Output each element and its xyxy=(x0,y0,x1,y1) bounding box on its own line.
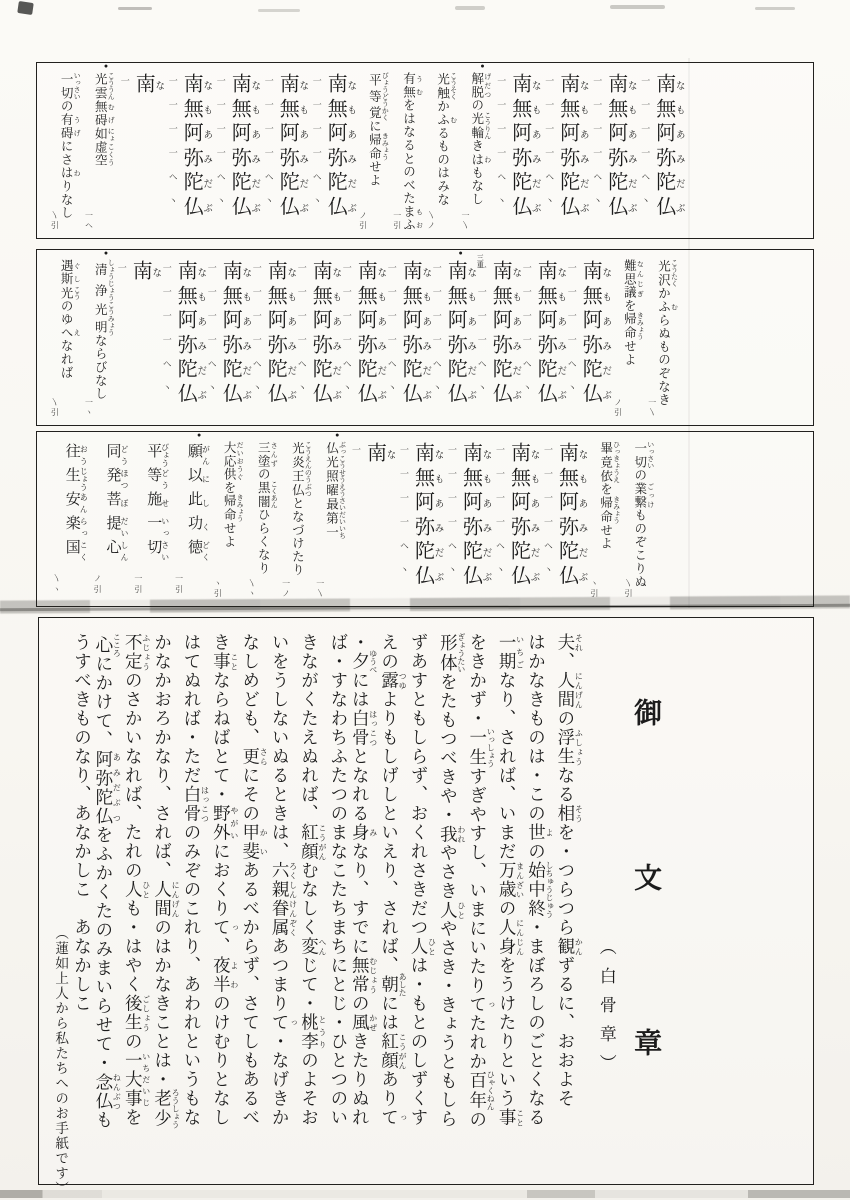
scan-smudge xyxy=(610,5,665,9)
chant-notation-marks: 一一一一ヘ丶 xyxy=(544,76,553,220)
chant-notation-marks: 一引 xyxy=(134,574,142,596)
hymn-verse-column: ●光雲こううん無碍むげ如虚空にょこくう一ヘ xyxy=(93,71,115,230)
chant-notation-marks: 一一一一ヘ丶 xyxy=(399,445,408,589)
letter-text-column: なしめども、更さらにその甲斐かいあるべからず、さてしもあるべ xyxy=(241,628,267,1174)
hymn-verse-column: 平等覚びょうどうかくに帰命きみょうせよノ引 xyxy=(367,71,389,230)
chant-notation-marks: 一〵 xyxy=(461,211,469,231)
chant-notation-marks: ヽ引 xyxy=(213,579,221,599)
hymn-verse-column: 光触こうそくかふむるものはみな〵ノ xyxy=(436,71,458,230)
hymn-verse-column: 一切いっさいの業繋ごっけものぞこりぬ〵引 xyxy=(633,440,655,598)
page-title: 御文章 xyxy=(631,628,660,1174)
hymn-verse-column: 有無うむをはなるとのべたまもふお一引 xyxy=(401,71,423,230)
nembutsu-column: 南な無も阿あ弥み陀だ仏ぶ一一一一ヘ丶 xyxy=(174,258,205,417)
chant-notation-marks: 〵引 xyxy=(50,211,58,231)
nembutsu-column: 南な無も阿あ弥み陀だ仏ぶ一一一一ヘ丶 xyxy=(556,440,587,598)
chant-notation-marks: 一ヽ xyxy=(84,398,92,418)
eko-verse-column: ●願がん以に此し功く徳どく一引 xyxy=(185,440,210,598)
nembutsu-column: 南な無も阿あ弥み陀だ仏ぶ一一一一ヘ丶 xyxy=(489,258,520,417)
verse-bullet-mark: ● xyxy=(195,431,202,439)
chant-notation-marks: 一一一一ヘ丶 xyxy=(496,76,505,220)
hymn-verse-column: ●仏光照曜ぶっこうせうえう最第一さいだいいち一〵 xyxy=(324,440,346,598)
page-subtitle: （白骨章） xyxy=(597,628,615,1174)
chant-notation-marks: 一一一一ヘ丶 xyxy=(592,76,601,220)
chant-notation-marks: 一一一一ヘ丶 xyxy=(311,76,320,220)
hymn-box-3-columns: 一切いっさいの業繋ごっけものぞこりぬ〵引畢竟依ひっきょうえを帰命きみょうせよヽ引… xyxy=(37,432,668,606)
letter-text-column: をきかず・一生いっしょうすぎやすし、いまにいたりてったれか百年ひゃくねんの xyxy=(468,628,494,1174)
letter-text-column: はてぬれば・ただ白骨はっこつのみぞのこれり、あわれというもな xyxy=(183,628,209,1174)
verse-bullet-mark: ● xyxy=(102,249,109,257)
chant-notation-marks: 一一一一ヘ丶 xyxy=(263,76,272,220)
chant-notation-marks: 一一一一ヘ丶 xyxy=(296,263,305,407)
nembutsu-column: 南な無も阿あ弥み陀だ仏ぶ一一一一ヘ丶 xyxy=(180,71,211,230)
nembutsu-column: 南な無も阿あ弥み陀だ仏ぶ一一一一ヘ丶 xyxy=(228,71,259,230)
letter-text-column: ずあすともしらず、おくれさきだつ人ひとは・もとのしずくす xyxy=(410,628,436,1174)
nembutsu-column: 南な無も阿あ弥み陀だ仏ぶ一一一一ヘ丶 xyxy=(653,71,684,230)
hymn-box-1-columns: 南な無も阿あ弥み陀だ仏ぶ一一一一ヘ丶南な無も阿あ弥み陀だ仏ぶ一一一一ヘ丶南な無も… xyxy=(37,63,702,238)
letter-text-column: 夫それ、人間にんげんの浮生ふしょうなる相そうを・つらつら観かんずるに、おおよそ xyxy=(557,628,583,1174)
nembutsu-column: 南な無も阿あ弥み陀だ仏ぶ一一一一ヘ丶 xyxy=(399,258,430,417)
nembutsu-column: 南な無も阿あ弥み陀だ仏ぶ一一一一ヘ丶 xyxy=(354,258,385,417)
chant-notation-marks: 一一一一ヘ丶 xyxy=(640,76,649,220)
letter-text-column: ・夕ゆうべには白骨はっこつとなれる身みなり、すでに無常むじょうの風かぜきたりぬれ xyxy=(351,628,377,1174)
nembutsu-column: 南な無も阿あ弥み陀だ仏ぶ一一一一ヘ丶 xyxy=(605,71,636,230)
nembutsu-column: 南な一 xyxy=(364,440,395,598)
letter-text-column: ば・すなわちふたつのまなこたちまちにとじ・ひとつのい xyxy=(330,628,348,1174)
gobunsho-letter-section: 御文章（白骨章）夫それ、人間にんげんの浮生ふしょうなる相そうを・つらつら観かんず… xyxy=(38,617,814,1185)
chant-notation-marks: 一一一一ヘ丶 xyxy=(215,76,224,220)
verse-bullet-mark: ● xyxy=(457,249,464,257)
chant-notation-marks: 一一一一ヘ丶 xyxy=(447,445,456,589)
letter-text-column: 一期いちごなり、されば、いまだ万歳まんざいの人身にんじんをうけたりという事こと xyxy=(498,628,524,1174)
scan-smudge xyxy=(118,7,152,10)
nembutsu-column: 南な一 xyxy=(129,258,160,417)
chant-notation-marks: 〵ヽ xyxy=(52,574,60,596)
scan-smudge xyxy=(755,7,795,10)
chant-notation-marks: 一 xyxy=(119,76,128,85)
attribution-note: （蓮如上人から私たちへのお手紙です） xyxy=(53,628,67,1174)
scan-smudge xyxy=(17,1,34,15)
nembutsu-column: 南な無も阿あ弥み陀だ仏ぶ一一一一ヘ丶 xyxy=(276,71,307,230)
letter-text-column: いをうしないぬるときは、六親眷属ろくしんけんぞくあつまりてっ・なげきか xyxy=(271,628,297,1174)
nembutsu-column: 南な無も阿あ弥み陀だ仏ぶ一一一一ヘ丶 xyxy=(264,258,295,417)
chant-notation-marks: 一 xyxy=(116,263,125,272)
scan-edge-smudge xyxy=(0,1190,850,1198)
chant-notation-marks: 一ヘ xyxy=(84,211,92,231)
chant-notation-marks: 一一一一ヘ丶 xyxy=(341,263,350,407)
eko-verse-column: 同どう発ほつ菩ぼ提だい心しんノ引 xyxy=(104,440,129,598)
chant-notation-marks: 〵ヽ xyxy=(247,579,255,599)
hymn-verse-column: 遇ぐ斯し光こうのゆへえなれば〵引 xyxy=(59,258,81,417)
chant-notation-marks: 〵ノ xyxy=(427,211,435,231)
chant-notation-marks: 一一一一ヘ丶 xyxy=(543,445,552,589)
nembutsu-column: 南な無も阿あ弥み陀だ仏ぶ一一一一ヘ丶 xyxy=(219,258,250,417)
chant-notation-marks: 一一一一ヘ丶 xyxy=(206,263,215,407)
chant-notation-marks: 〵引 xyxy=(50,398,58,418)
nembutsu-column: 南な無も阿あ弥み陀だ仏ぶ一一一一ヘ丶 xyxy=(557,71,588,230)
chant-notation-marks: ノ引 xyxy=(613,398,621,418)
chant-notation-marks: 一一一一ヘ丶 xyxy=(566,263,575,407)
letter-text-column: えの露つゆよりもしげしといえり、されば、朝あしたには紅顔こうがんありてっ xyxy=(380,628,406,1174)
chant-notation-marks: ノ引 xyxy=(358,211,366,231)
chant-notation-marks: 一一一一ヘ丶 xyxy=(386,263,395,407)
hymn-verse-column: 光炎王仏こうえんのうぶつとなづけたり一ノ xyxy=(290,440,312,598)
chant-notation-marks: 一〵 xyxy=(647,398,655,418)
nembutsu-column: 南な一 xyxy=(132,71,163,230)
hymn-box-1: 南な無も阿あ弥み陀だ仏ぶ一一一一ヘ丶南な無も阿あ弥み陀だ仏ぶ一一一一ヘ丶南な無も… xyxy=(36,62,814,239)
scan-smudge xyxy=(455,6,485,10)
hymn-verse-column: 三塗さんずの黒闇こくあんひらくなり〵ヽ xyxy=(256,440,278,598)
chant-notation-marks: 一一一一ヘ丶 xyxy=(161,263,170,407)
chant-notation-marks: 一一一一ヘ丶 xyxy=(476,263,485,407)
chant-notation-marks: 一一一一ヘ丶 xyxy=(495,445,504,589)
letter-text-column: 心こころにかけて、阿弥陀仏あみだぶつをふかくたのみまいらせて・念仏ねんぶつも xyxy=(95,628,121,1174)
letter-text-column: き事ことならねばとて・野外やがいにおくりてっ、夜半よわのけむりとなし xyxy=(212,628,238,1174)
letter-columns: 御文章（白骨章）夫それ、人間にんげんの浮生ふしょうなる相そうを・つらつら観かんず… xyxy=(39,618,682,1184)
chant-notation-marks: 一 xyxy=(351,445,360,454)
hymn-verse-column: ●清浄しょうじょう光明こうみょうならびなし一ヽ xyxy=(93,258,115,417)
verse-bullet-mark: ● xyxy=(333,431,340,439)
hymn-verse-column: 大応供だいおうぐを帰命きみょうせよヽ引 xyxy=(222,440,244,598)
chant-notation-marks: 一〵 xyxy=(315,579,323,599)
letter-text-column: 不定ふじょうのさかいなれば、たれの人ひとも・はやく後生ごしょうの一大事いちだいじ… xyxy=(124,628,150,1174)
chant-notation-marks: 一ノ xyxy=(281,579,289,599)
chant-notation-marks: 一一一一ヘ丶 xyxy=(251,263,260,407)
nembutsu-column: 南な無も阿あ弥み陀だ仏ぶ一一一一ヘ丶 xyxy=(412,440,443,598)
verse-bullet-mark: ● xyxy=(102,62,109,70)
letter-text-column: かなかおろかなり、されば、人間にんげんのはかなきことは・老少ろうしょう xyxy=(153,628,179,1174)
eko-verse-column: 平びょう等どう施せ一いっ切さい一引 xyxy=(145,440,170,598)
nembutsu-column: ●三重南な無も阿あ弥み陀だ仏ぶ一一一一ヘ丶 xyxy=(444,258,475,417)
hymn-verse-column: 難思議なんじぎを帰命きみょうせよノ引 xyxy=(622,258,644,417)
eko-verse-column: 往おう生じょう安あん楽らっ国こく〵ヽ xyxy=(63,440,88,598)
hymn-verse-column: 光沢こうたくかふむらぬものぞなき一〵 xyxy=(656,258,678,417)
hymn-verse-column: 一切いっさいの有碍うげにさはわりなし〵引 xyxy=(59,71,81,230)
hymn-box-2: 光沢こうたくかふむらぬものぞなき一〵難思議なんじぎを帰命きみょうせよノ引南な無も… xyxy=(36,249,814,426)
sanju-label: 三重 xyxy=(476,254,483,268)
nembutsu-column: 南な無も阿あ弥み陀だ仏ぶ一一一一ヘ丶 xyxy=(460,440,491,598)
chant-notation-marks: 一引 xyxy=(174,574,182,596)
letter-text-column: 形体ぎょうたいをたもつべきや・我われやさき人ひとやさき・きょうともしら xyxy=(439,628,465,1174)
chant-notation-marks: 一一一一ヘ丶 xyxy=(167,76,176,220)
scanned-page: 南な無も阿あ弥み陀だ仏ぶ一一一一ヘ丶南な無も阿あ弥み陀だ仏ぶ一一一一ヘ丶南な無も… xyxy=(0,0,850,1200)
nembutsu-column: 南な無も阿あ弥み陀だ仏ぶ一一一一ヘ丶 xyxy=(309,258,340,417)
nembutsu-column: 南な無も阿あ弥み陀だ仏ぶ一一一一ヘ丶 xyxy=(509,71,540,230)
nembutsu-column: 南な無も阿あ弥み陀だ仏ぶ一一一一ヘ丶 xyxy=(534,258,565,417)
hymn-verse-column: ●解脱げだつの光輪こうりんきはわもなし一〵 xyxy=(470,71,492,230)
letter-text-column: きながくたえぬれば、紅顔こうがんむなしく変へんじて・桃李とうりのよそお xyxy=(300,628,326,1174)
chant-notation-marks: ノ引 xyxy=(93,574,101,596)
scan-smudge xyxy=(258,9,300,12)
letter-text-column: うすべきものなり、あなかしこ あなかしこ xyxy=(73,628,91,1174)
hymn-verse-column: 畢竟依ひっきょうえを帰命きみょうせよヽ引 xyxy=(599,440,621,598)
chant-notation-marks: 一一一一ヘ丶 xyxy=(521,263,530,407)
chant-notation-marks: 一一一一ヘ丶 xyxy=(431,263,440,407)
verse-bullet-mark: ● xyxy=(478,62,485,70)
letter-text-column: はかなきものは・この世よの始中終しちゅうじゅう・まぼろしのごとくなる xyxy=(527,628,553,1174)
nembutsu-column: 南な無も阿あ弥み陀だ仏ぶ一一一一ヘ丶 xyxy=(324,71,355,230)
hymn-box-2-columns: 光沢こうたくかふむらぬものぞなき一〵難思議なんじぎを帰命きみょうせよノ引南な無も… xyxy=(37,250,692,425)
chant-notation-marks: 一引 xyxy=(392,211,400,231)
nembutsu-column: 南な無も阿あ弥み陀だ仏ぶ一一一一ヘ丶 xyxy=(579,258,610,417)
hymn-box-3: 一切いっさいの業繋ごっけものぞこりぬ〵引畢竟依ひっきょうえを帰命きみょうせよヽ引… xyxy=(36,431,814,607)
nembutsu-column: 南な無も阿あ弥み陀だ仏ぶ一一一一ヘ丶 xyxy=(508,440,539,598)
